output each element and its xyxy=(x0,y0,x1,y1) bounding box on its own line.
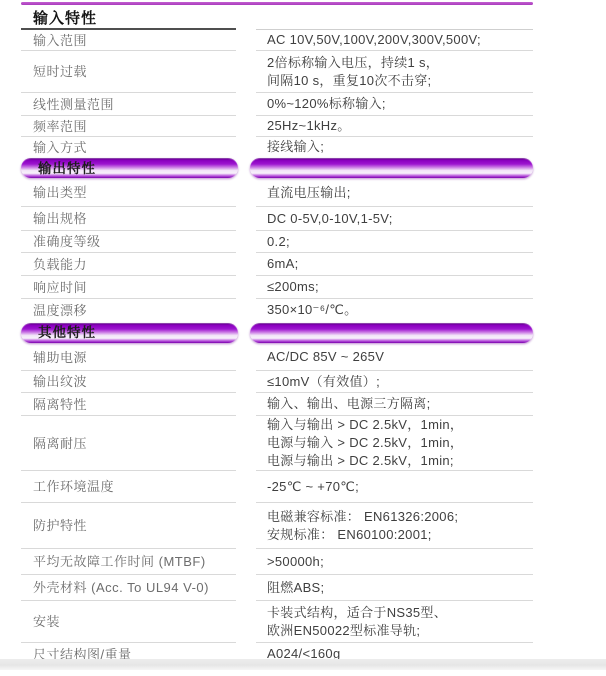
section-header-row: 输入特性 xyxy=(21,5,533,30)
row-label: 线性测量范围 xyxy=(33,96,114,113)
spec-row: 隔离特性 输入、输出、电源三方隔离; xyxy=(21,393,533,416)
spec-row: 负载能力 6mA; xyxy=(21,253,533,276)
row-label: 隔离耐压 xyxy=(33,435,87,452)
spec-row: 输入方式 接线输入; xyxy=(21,137,533,157)
spec-sheet: 输入特性 输入范围 AC 10V,50V,100V,200V,300V,500V… xyxy=(0,0,606,676)
spec-row: 准确度等级 0.2; xyxy=(21,231,533,253)
row-label: 平均无故障工作时间 (MTBF) xyxy=(33,553,206,570)
spec-row: 温度漂移 350×10⁻⁶/℃。 xyxy=(21,299,533,321)
row-label: 输入方式 xyxy=(33,139,87,156)
spec-row: 隔离耐压 输入与输出 > DC 2.5kV，1min， 电源与输入 > DC 2… xyxy=(21,416,533,471)
section-banner-other: 其他特性 xyxy=(21,321,533,344)
row-value: >50000h; xyxy=(267,553,324,571)
section-header-cell: 输入特性 xyxy=(21,5,236,30)
row-value: 0.2; xyxy=(267,233,290,251)
row-value: 输入与输出 > DC 2.5kV，1min， 电源与输入 > DC 2.5kV，… xyxy=(267,416,463,470)
row-value: 350×10⁻⁶/℃。 xyxy=(267,301,357,319)
row-value: 电磁兼容标准： EN61326:2006; 安规标准： EN60100:2001… xyxy=(267,508,458,544)
spec-row: 响应时间 ≤200ms; xyxy=(21,276,533,299)
spec-row: 输出规格 DC 0-5V,0-10V,1-5V; xyxy=(21,207,533,231)
banner-bar-right xyxy=(250,323,533,343)
spec-row: 短时过载 2倍标称输入电压，持续1 s， 间隔10 s，重复10次不击穿; xyxy=(21,51,533,93)
banner-bar-right xyxy=(250,158,533,178)
spec-row: 频率范围 25Hz~1kHz。 xyxy=(21,116,533,137)
section-banner-output: 输出特性 xyxy=(21,157,533,179)
section-title-input: 输入特性 xyxy=(33,7,97,28)
spec-row: 输出纹波 ≤10mV（有效值）; xyxy=(21,371,533,393)
row-value: 6mA; xyxy=(267,255,299,273)
row-label: 隔离特性 xyxy=(33,396,87,413)
spec-row: 线性测量范围 0%~120%标称输入; xyxy=(21,93,533,116)
banner-bar-left: 其他特性 xyxy=(21,323,238,343)
row-label: 负载能力 xyxy=(33,256,87,273)
spec-row: 输出类型 直流电压输出; xyxy=(21,179,533,207)
spec-row: 输入范围 AC 10V,50V,100V,200V,300V,500V; xyxy=(21,30,533,51)
banner-bar-left: 输出特性 xyxy=(21,158,238,178)
row-label: 输出类型 xyxy=(33,184,87,201)
row-value: 25Hz~1kHz。 xyxy=(267,117,351,135)
row-value: 接线输入; xyxy=(267,138,324,156)
spec-row: 安装 卡装式结构，适合于NS35型、 欧洲EN50022型标准导轨; xyxy=(21,601,533,643)
row-value: 输入、输出、电源三方隔离; xyxy=(267,395,431,413)
row-label: 短时过载 xyxy=(33,63,87,80)
row-value: AC/DC 85V ~ 265V xyxy=(267,348,384,366)
row-label: 外壳材料 (Acc. To UL94 V-0) xyxy=(33,579,209,596)
row-value: 2倍标称输入电压，持续1 s， 间隔10 s，重复10次不击穿; xyxy=(267,54,439,90)
page-edge-band xyxy=(0,659,606,670)
row-label: 安装 xyxy=(33,613,60,630)
row-label: 输出纹波 xyxy=(33,373,87,390)
row-value: ≤200ms; xyxy=(267,278,319,296)
spec-row: 防护特性 电磁兼容标准： EN61326:2006; 安规标准： EN60100… xyxy=(21,503,533,549)
row-value: ≤10mV（有效值）; xyxy=(267,373,380,391)
row-label: 辅助电源 xyxy=(33,349,87,366)
row-value: 0%~120%标称输入; xyxy=(267,95,386,113)
section-header-cell-right xyxy=(256,5,533,30)
row-value: AC 10V,50V,100V,200V,300V,500V; xyxy=(267,31,481,49)
row-value: DC 0-5V,0-10V,1-5V; xyxy=(267,210,393,228)
row-label: 防护特性 xyxy=(33,517,87,534)
spec-table: 输入特性 输入范围 AC 10V,50V,100V,200V,300V,500V… xyxy=(21,5,533,665)
section-title-other: 其他特性 xyxy=(21,323,96,342)
row-label: 输入范围 xyxy=(33,32,87,49)
row-label: 温度漂移 xyxy=(33,302,87,319)
spec-row: 外壳材料 (Acc. To UL94 V-0) 阻燃ABS; xyxy=(21,575,533,601)
row-value: -25℃ ~ +70℃; xyxy=(267,478,359,496)
row-label: 输出规格 xyxy=(33,210,87,227)
row-label: 工作环境温度 xyxy=(33,478,114,495)
row-label: 响应时间 xyxy=(33,279,87,296)
row-label: 准确度等级 xyxy=(33,233,101,250)
row-value: 卡装式结构，适合于NS35型、 欧洲EN50022型标准导轨; xyxy=(267,604,447,640)
row-value: 阻燃ABS; xyxy=(267,579,324,597)
spec-row: 工作环境温度 -25℃ ~ +70℃; xyxy=(21,471,533,503)
section-title-output: 输出特性 xyxy=(21,159,96,178)
spec-row: 辅助电源 AC/DC 85V ~ 265V xyxy=(21,344,533,371)
row-label: 频率范围 xyxy=(33,118,87,135)
spec-row: 平均无故障工作时间 (MTBF) >50000h; xyxy=(21,549,533,575)
row-value: 直流电压输出; xyxy=(267,184,351,202)
